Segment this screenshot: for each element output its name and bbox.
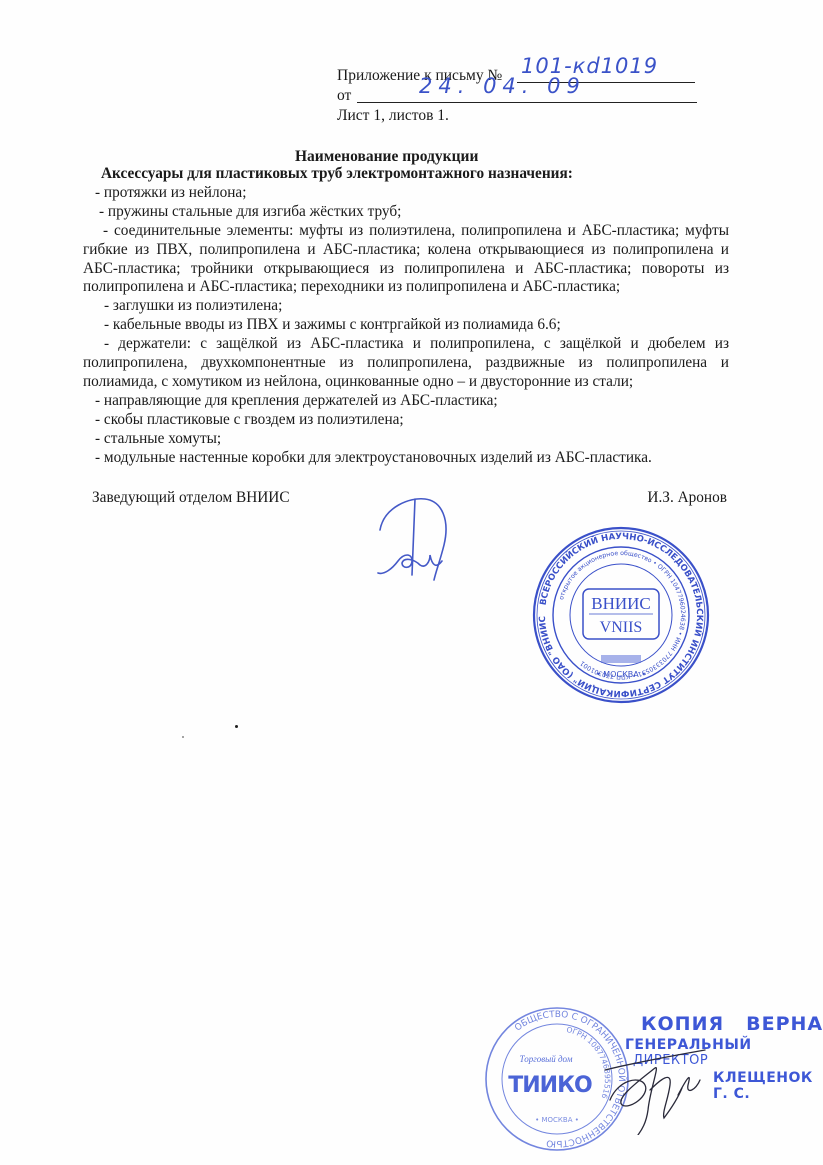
svg-text:Торговый дом: Торговый дом <box>520 1054 573 1064</box>
sheet-info: Лист 1, листов 1. <box>337 106 707 126</box>
copy-label: КОПИЯ <box>641 1013 724 1035</box>
vniis-seal-icon: ВСЕРОССИЙСКИЙ НАУЧНО-ИССЛЕДОВАТЕЛЬСКИЙ И… <box>531 525 711 705</box>
scan-speck <box>235 725 238 728</box>
list-item: - кабельные вводы из ПВХ и зажимы с конт… <box>95 316 727 335</box>
date-handwritten: 24. 04. 09 <box>419 76 586 96</box>
signature-aronov-icon <box>370 495 470 585</box>
svg-text:ТИИКО: ТИИКО <box>508 1073 592 1098</box>
svg-text:• МОСКВА •: • МОСКВА • <box>596 670 646 679</box>
document-title: Наименование продукции <box>295 148 478 166</box>
signatory-name: И.З. Аронов <box>647 489 727 507</box>
list-item: - пружины стальные для изгиба жёстких тр… <box>95 203 727 222</box>
letter-number-handwritten: 101-кd1019 <box>521 56 658 76</box>
appendix-header: Приложение к письму № 101-кd1019 от 24. … <box>337 66 707 126</box>
list-item: - держатели: с защёлкой из АБС-пластика … <box>83 335 729 392</box>
copy-verified-line: КОПИЯ ВЕРНА <box>625 1013 820 1035</box>
svg-text:VNIIS: VNIIS <box>600 619 643 636</box>
date-line: от 24. 04. 09 <box>337 86 707 106</box>
list-item: - скобы пластиковые с гвоздем из полиэти… <box>95 411 727 430</box>
list-item: - стальные хомуты; <box>95 430 727 449</box>
from-label: от <box>337 87 351 104</box>
list-item: - соединительные элементы: муфты из поли… <box>83 222 729 298</box>
signatory-position: Заведующий отделом ВНИИС <box>92 489 290 507</box>
list-item: - направляющие для крепления держателей … <box>95 392 727 411</box>
list-item: - модульные настенные коробки для электр… <box>95 449 727 468</box>
svg-text:ВНИИС: ВНИИС <box>591 594 651 613</box>
list-item: - заглушки из полиэтилена; <box>95 297 727 316</box>
signature-director-icon <box>600 1040 730 1135</box>
document-page: Приложение к письму № 101-кd1019 от 24. … <box>0 0 823 1165</box>
svg-text:• МОСКВА •: • МОСКВА • <box>535 1116 579 1124</box>
product-category-heading: Аксессуары для пластиковых труб электром… <box>95 165 727 184</box>
date-field <box>357 102 697 103</box>
product-list: Аксессуары для пластиковых труб электром… <box>95 165 727 468</box>
verified-label: ВЕРНА <box>746 1013 823 1035</box>
scan-speck <box>182 736 184 738</box>
list-item: - протяжки из нейлона; <box>95 184 727 203</box>
